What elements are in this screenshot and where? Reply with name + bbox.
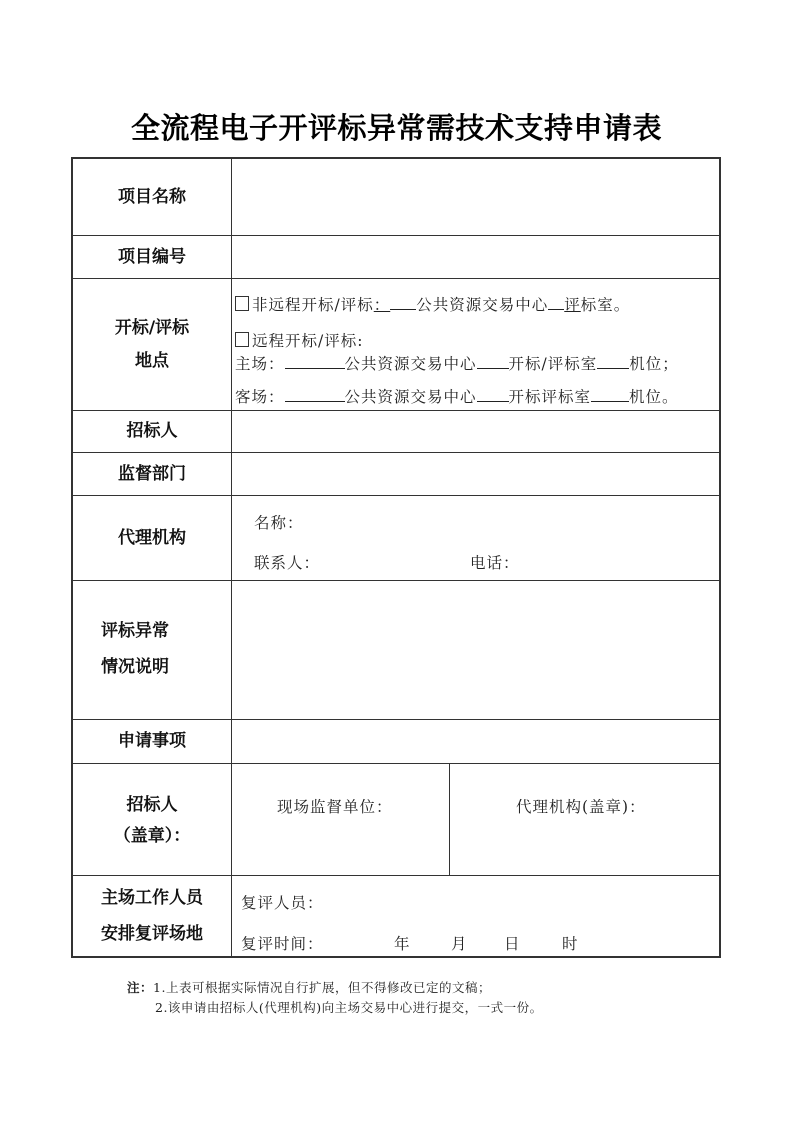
host-seat-text: 机位； xyxy=(629,355,679,373)
colon: ： xyxy=(374,296,391,314)
reviewer-label: 复评人员： xyxy=(241,891,324,913)
location-label-line1: 开标/评标 xyxy=(115,312,189,344)
day-label: 日 xyxy=(504,932,521,954)
note-line-2: 2.该申请由招标人(代理机构)向主场交易中心进行提交，一式一份。 xyxy=(155,998,543,1016)
row-request: 申请事项 xyxy=(73,719,719,763)
agency-seal-area[interactable]: 代理机构(盖章)： xyxy=(450,764,719,875)
supervisor-seal-area[interactable]: 现场监督单位： xyxy=(232,764,450,875)
guest-center-text: 公共资源交易中心 xyxy=(345,388,477,406)
row-seal: 招标人 （盖章）： 现场监督单位： 代理机构(盖章)： xyxy=(73,763,719,875)
application-form-table: 项目名称 项目编号 开标/评标 地点 非远程开标/评标：公共资源交易中心评标室。… xyxy=(71,157,721,958)
seal-label-line2: （盖章）： xyxy=(114,821,191,852)
location-label: 开标/评标 地点 xyxy=(73,279,232,410)
review-time-label: 复评时间： xyxy=(241,932,324,954)
guest-room-blank[interactable] xyxy=(477,387,509,402)
location-field: 非远程开标/评标：公共资源交易中心评标室。 远程开标/评标: 主场：公共资源交易… xyxy=(232,279,719,410)
note-prefix: 注： xyxy=(127,980,153,995)
project-number-field[interactable] xyxy=(232,236,719,278)
supervision-label: 监督部门 xyxy=(73,453,232,495)
tenderer-label: 招标人 xyxy=(73,411,232,452)
location-label-line2: 地点 xyxy=(115,345,189,377)
row-exception: 评标异常 情况说明 xyxy=(73,580,719,719)
remote-checkbox[interactable] xyxy=(235,332,249,347)
guest-venue-line: 客场：公共资源交易中心开标评标室机位。 xyxy=(235,385,679,407)
center-text: 公共资源交易中心 xyxy=(416,296,548,314)
agency-label: 代理机构 xyxy=(73,496,232,580)
form-title: 全流程电子开评标异常需技术支持申请表 xyxy=(0,106,793,147)
agency-contact-label: 联系人： xyxy=(254,551,320,573)
non-remote-checkbox[interactable] xyxy=(235,296,249,311)
exception-label-line1: 评标异常 xyxy=(101,614,169,650)
seal-label-line1: 招标人 xyxy=(114,790,191,821)
host-room-text: 开标/评标室 xyxy=(509,355,598,373)
request-field[interactable] xyxy=(232,720,719,763)
note-line-1: 注：1.上表可根据实际情况自行扩展，但不得修改已定的文稿； xyxy=(127,978,491,996)
exception-description-field[interactable] xyxy=(232,581,719,719)
room-text: 标室。 xyxy=(581,296,631,314)
supervision-field[interactable] xyxy=(232,453,719,495)
host-room-blank[interactable] xyxy=(477,354,509,369)
seal-label: 招标人 （盖章）： xyxy=(73,764,232,875)
guest-city-blank[interactable] xyxy=(285,387,345,402)
row-project-name: 项目名称 xyxy=(73,159,719,235)
remote-label: 远程开标/评标: xyxy=(252,332,363,350)
row-supervision: 监督部门 xyxy=(73,452,719,495)
exception-label: 评标异常 情况说明 xyxy=(73,581,232,719)
blank-city[interactable] xyxy=(390,295,416,310)
staff-label-line2: 安排复评场地 xyxy=(101,917,203,953)
project-number-label: 项目编号 xyxy=(73,236,232,278)
host-label: 主场： xyxy=(235,355,285,373)
note-item-1: 1.上表可根据实际情况自行扩展，但不得修改已定的文稿； xyxy=(153,980,491,995)
non-remote-label: 非远程开标/评标 xyxy=(252,296,374,314)
project-name-label: 项目名称 xyxy=(73,159,232,235)
note-item-2: 2.该申请由招标人(代理机构)向主场交易中心进行提交，一式一份。 xyxy=(155,1000,543,1015)
host-venue-line: 主场：公共资源交易中心开标/评标室机位； xyxy=(235,352,679,374)
guest-seat-blank[interactable] xyxy=(591,387,629,402)
agency-field: 名称： 联系人： 电话： xyxy=(232,496,719,580)
staff-label: 主场工作人员 安排复评场地 xyxy=(73,876,232,958)
row-location: 开标/评标 地点 非远程开标/评标：公共资源交易中心评标室。 远程开标/评标: … xyxy=(73,278,719,410)
request-label: 申请事项 xyxy=(73,720,232,763)
tenderer-field[interactable] xyxy=(232,411,719,452)
row-tenderer: 招标人 xyxy=(73,410,719,452)
year-label: 年 xyxy=(394,932,411,954)
row-agency: 代理机构 名称： 联系人： 电话： xyxy=(73,495,719,580)
project-name-field[interactable] xyxy=(232,159,719,235)
guest-room-text: 开标评标室 xyxy=(509,388,592,406)
supervisor-label: 现场监督单位： xyxy=(277,795,393,817)
agency-name-label: 名称： xyxy=(254,511,304,533)
non-remote-option: 非远程开标/评标：公共资源交易中心评标室。 xyxy=(235,293,630,315)
staff-label-line1: 主场工作人员 xyxy=(101,881,203,917)
seal-field: 现场监督单位： 代理机构(盖章)： xyxy=(232,764,719,875)
blank-room-number[interactable] xyxy=(548,295,564,310)
agency-phone-label: 电话： xyxy=(470,551,520,573)
room-prefix: 评 xyxy=(564,296,581,314)
row-project-number: 项目编号 xyxy=(73,235,719,278)
month-label: 月 xyxy=(451,932,468,954)
guest-label: 客场： xyxy=(235,388,285,406)
host-seat-blank[interactable] xyxy=(597,354,629,369)
agency-seal-label: 代理机构(盖章)： xyxy=(516,795,646,817)
host-center-text: 公共资源交易中心 xyxy=(345,355,477,373)
host-city-blank[interactable] xyxy=(285,354,345,369)
remote-option: 远程开标/评标: xyxy=(235,329,363,351)
row-staff: 主场工作人员 安排复评场地 复评人员： 复评时间： 年 月 日 时 xyxy=(73,875,719,958)
staff-field: 复评人员： 复评时间： 年 月 日 时 xyxy=(232,876,719,958)
guest-seat-text: 机位。 xyxy=(629,388,679,406)
hour-label: 时 xyxy=(562,932,579,954)
exception-label-line2: 情况说明 xyxy=(101,650,169,686)
